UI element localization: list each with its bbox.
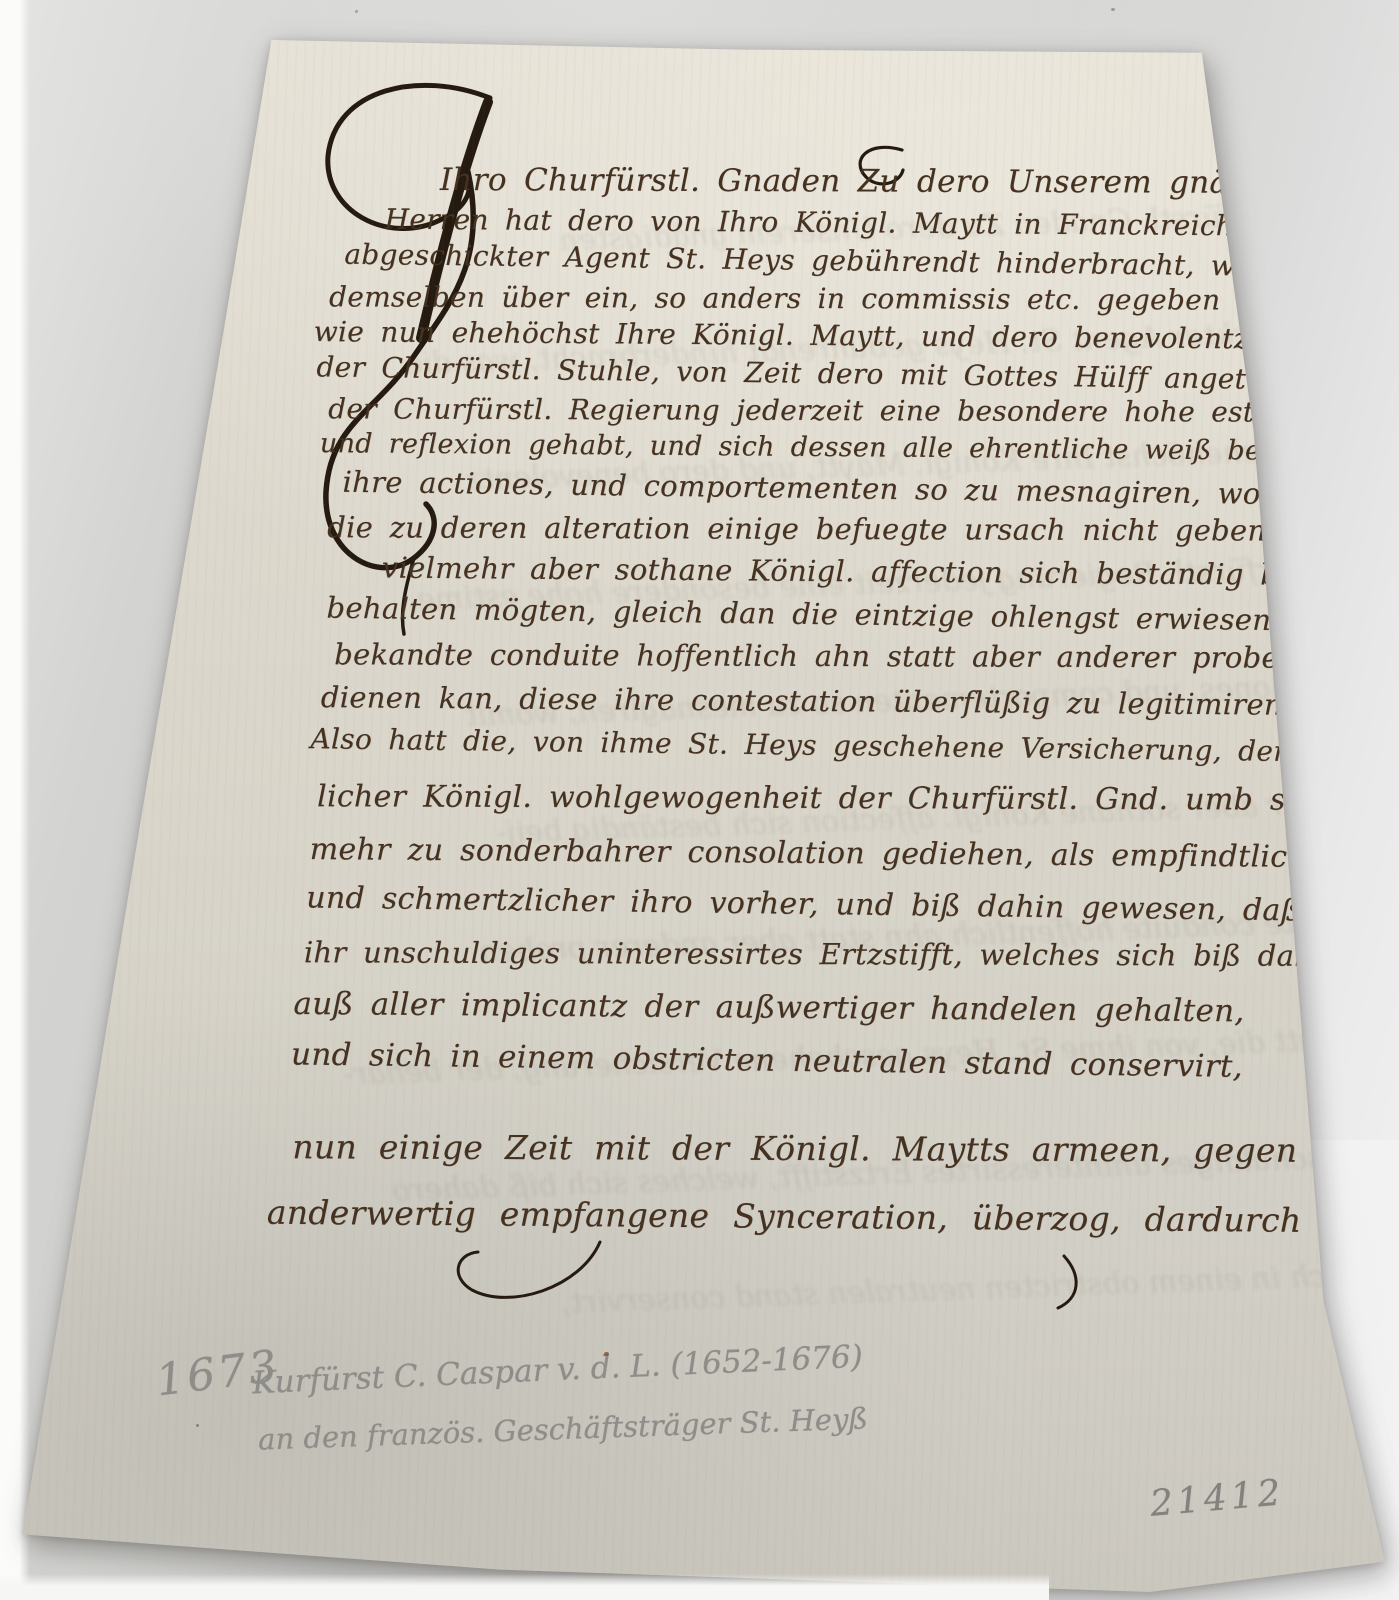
manuscript-line: der Churfürstl. Stuhle, von Zeit dero mi…	[316, 350, 1344, 396]
manuscript-line: ihr unschuldiges uninteressirtes Ertzsti…	[304, 935, 1363, 973]
manuscript-line: und schmertzlicher ihro vorher, und biß …	[306, 880, 1301, 928]
manuscript-line: mehr zu sonderbahrer consolation gediehe…	[310, 832, 1308, 875]
paper-stain-speck	[604, 1352, 609, 1356]
backdrop-speck	[1111, 8, 1115, 11]
paper-stain-speck	[196, 1424, 199, 1427]
manuscript-line: nun einige Zeit mit der Königl. Maytts a…	[292, 1127, 1371, 1170]
manuscript-line: vielmehr aber sothane Königl. affection …	[382, 551, 1326, 592]
backdrop-bottom-strip	[0, 1574, 1049, 1600]
manuscript-line: wie nun ehehöchst Ihre Königl. Maytt, un…	[314, 315, 1249, 355]
manuscript-line: dienen kan, diese ihre contestation über…	[321, 680, 1293, 722]
manuscript-line: die zu deren alteration einige befuegte …	[327, 510, 1276, 547]
manuscript-line: licher Königl. wohlgewogenheit der Churf…	[317, 779, 1304, 817]
manuscript-line: der Churfürstl. Regierung jederzeit eine…	[328, 392, 1316, 428]
manuscript-photograph: Ihro Churfürstl. Gnaden Zu dero Unserem …	[0, 0, 1399, 1600]
backdrop-speck	[355, 10, 358, 13]
manuscript-line: Herren hat dero von Ihro Königl. Maytt i…	[384, 203, 1351, 244]
manuscript-line: Ihro Churfürstl. Gnaden Zu dero Unserem …	[440, 162, 1347, 201]
manuscript-line: und reflexion gehabt, und sich dessen al…	[320, 428, 1351, 467]
manuscript-line: abgeschickter Agent St. Heys gebührendt …	[344, 238, 1327, 284]
manuscript-line: anderwertig empfangene Synceration, über…	[267, 1193, 1302, 1240]
manuscript-line: auß aller implicantz der außwertiger han…	[293, 986, 1244, 1029]
manuscript-line: behalten mögten, gleich dan die eintzige…	[326, 591, 1289, 638]
manuscript-paper-sheet: Ihro Churfürstl. Gnaden Zu dero Unserem …	[0, 0, 1399, 1600]
manuscript-line: und sich in einem obstricten neutralen s…	[291, 1036, 1243, 1084]
manuscript-line: demselben über ein, so anders in commiss…	[329, 280, 1335, 317]
manuscript-line: Also hatt die, von ihme St. Heys gescheh…	[310, 722, 1397, 769]
manuscript-line: ihre actiones, und comportementen so zu …	[342, 465, 1310, 512]
manuscript-line: bekandte conduite hoffentlich ahn statt …	[334, 637, 1298, 674]
paper-shadow-wrapper: Ihro Churfürstl. Gnaden Zu dero Unserem …	[0, 0, 1399, 1600]
